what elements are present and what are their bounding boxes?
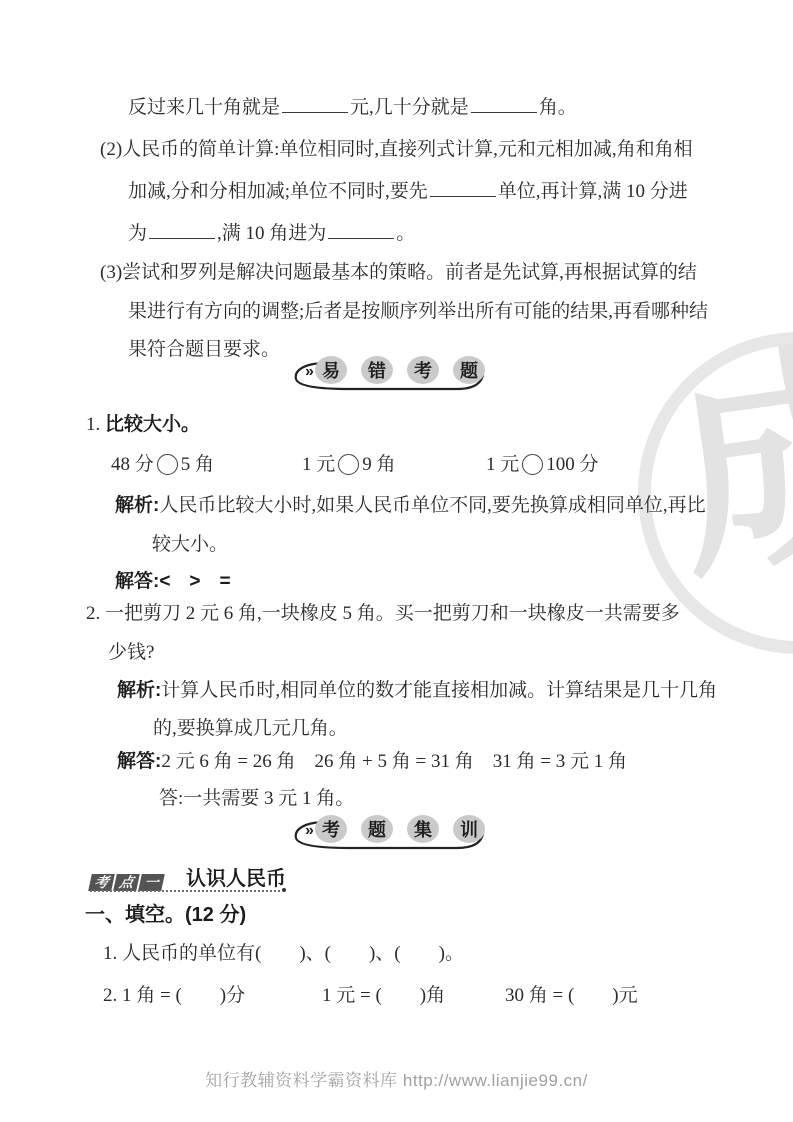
review-text: 为 xyxy=(128,223,147,244)
review-text: 反过来几十角就是 xyxy=(128,97,280,118)
review-text: 加减,分和分相加减;单位不同时,要先 xyxy=(128,181,428,202)
badge-char: 考 xyxy=(414,360,432,381)
badge-char: 训 xyxy=(460,819,478,840)
review-note-line: 加减,分和分相加减;单位不同时,要先单位,再计算,满 10 分进 xyxy=(128,179,688,205)
question-text: 一把剪刀 2 元 6 角,一块橡皮 5 角。买一把剪刀和一块橡皮一共需要多 xyxy=(105,603,680,624)
comparison-circle xyxy=(338,454,359,475)
fill-blank xyxy=(430,179,496,197)
analysis-line: 较大小。 xyxy=(152,532,228,558)
comparison-item: 1 元100 分 xyxy=(486,452,599,478)
review-text: ,满 10 角进为 xyxy=(217,223,326,244)
review-text: 人民币的简单计算:单位相同时,直接列式计算,元和元相加减,角和角相 xyxy=(122,139,693,160)
comparison-right: 100 分 xyxy=(546,454,598,475)
badge-char: 错 xyxy=(367,360,386,381)
answer-final: 答:一共需要 3 元 1 角。 xyxy=(159,788,354,809)
badge-char: 题 xyxy=(368,819,386,840)
review-text: 。 xyxy=(396,223,415,244)
review-text: 元,几十分就是 xyxy=(350,97,469,118)
question-text: 少钱? xyxy=(108,642,154,663)
question-2-row: 2. 一把剪刀 2 元 6 角,一块橡皮 5 角。买一把剪刀和一块橡皮一共需要多 xyxy=(86,601,680,627)
badge-char: 易 xyxy=(322,361,340,381)
item-marker: (3) xyxy=(100,262,122,283)
fill-question-row: 2. 1 角 = ( )分 xyxy=(103,983,245,1009)
dotted-underline xyxy=(90,889,280,892)
arrowheads-icon: » xyxy=(305,363,314,380)
review-text: 尝试和罗列是解决问题最基本的策略。前者是先试算,再根据试算的结 xyxy=(122,262,697,283)
question-1-title-row: 1. 比较大小。 xyxy=(86,412,200,438)
fill-question-item: 1 元 = ( )角 xyxy=(322,983,445,1009)
review-note-line: (3)尝试和罗列是解决问题最基本的策略。前者是先试算,再根据试算的结 xyxy=(100,260,697,286)
comparison-right: 5 角 xyxy=(181,454,214,475)
question-title: 比较大小。 xyxy=(105,414,200,435)
answer-line: 解答:2 元 6 角 = 26 角 26 角 + 5 角 = 31 角 31 角… xyxy=(117,749,627,775)
review-text: 果符合题目要求。 xyxy=(128,339,280,360)
comparison-left: 48 分 xyxy=(111,454,154,475)
comparison-circle xyxy=(522,454,543,475)
review-text: 果进行有方向的调整;后者是按顺序列举出所有可能的结果,再看哪种结 xyxy=(128,301,708,322)
review-note-line: 果符合题目要求。 xyxy=(128,337,280,363)
question-number: 1. xyxy=(86,414,100,435)
comparison-left: 1 元 xyxy=(302,454,335,475)
question-text: 1 角 = ( )分 xyxy=(122,985,245,1006)
comparison-item: 1 元9 角 xyxy=(302,452,396,478)
question-number: 2. xyxy=(86,603,100,624)
fill-blank xyxy=(149,221,215,239)
answer-line: 答:一共需要 3 元 1 角。 xyxy=(159,786,354,812)
underline-end-dot xyxy=(282,888,286,892)
fill-question-item: 30 角 = ( )元 xyxy=(505,983,638,1009)
comparison-right: 9 角 xyxy=(362,454,395,475)
error-prone-questions-badge: » 易 错 考 题 xyxy=(291,351,487,395)
answer-label: 解答: xyxy=(117,751,161,772)
comparison-circle xyxy=(157,454,178,475)
review-text: 单位,再计算,满 10 分进 xyxy=(498,181,688,202)
comparison-left: 1 元 xyxy=(486,454,519,475)
badge-char: 题 xyxy=(460,360,478,381)
review-note-line: 果进行有方向的调整;后者是按顺序列举出所有可能的结果,再看哪种结 xyxy=(128,299,708,325)
badge-char: 集 xyxy=(414,819,432,840)
review-text: 角。 xyxy=(539,97,577,118)
fill-blank xyxy=(328,221,394,239)
item-marker: (2) xyxy=(100,139,122,160)
badge-arrow-icon: » 易 错 考 题 xyxy=(291,351,487,395)
analysis-text: 的,要换算成几元几角。 xyxy=(153,718,348,739)
analysis-label: 解析: xyxy=(117,680,161,701)
fill-question-row: 1. 人民币的单位有( )、( )、( )。 xyxy=(103,941,464,967)
workbook-page: 成 反过来几十角就是元,几十分就是角。 (2)人民币的简单计算:单位相同时,直接… xyxy=(0,0,793,1122)
arrowheads-icon: » xyxy=(305,822,314,839)
analysis-line: 解析:人民币比较大小时,如果人民币单位不同,要先换算成相同单位,再比 xyxy=(115,493,706,519)
section-heading: 一、填空。(12 分) xyxy=(85,902,246,928)
question-text: 1 元 = ( )角 xyxy=(322,985,445,1006)
comparison-item: 48 分5 角 xyxy=(111,452,214,478)
answer-line: 解答:< > = xyxy=(115,569,231,595)
question-number: 1. xyxy=(103,943,117,964)
fill-blank xyxy=(471,95,537,113)
badge-char: 考 xyxy=(322,819,340,840)
review-note-line: 为,满 10 角进为。 xyxy=(128,221,415,247)
answer-label: 解答: xyxy=(115,571,159,592)
analysis-line: 解析:计算人民币时,相同单位的数才能直接相加减。计算结果是几十几角 xyxy=(117,678,717,704)
question-text: 人民币的单位有( )、( )、( )。 xyxy=(122,943,464,964)
analysis-text: 计算人民币时,相同单位的数才能直接相加减。计算结果是几十几角 xyxy=(161,680,717,701)
footer-watermark-text: 知行教辅资料学霸资料库 http://www.lianjie99.cn/ xyxy=(0,1066,793,1091)
exam-training-badge: » 考 题 集 训 xyxy=(291,810,487,854)
analysis-text: 较大小。 xyxy=(152,534,228,555)
question-2-row: 少钱? xyxy=(108,640,154,666)
review-note-line: 反过来几十角就是元,几十分就是角。 xyxy=(128,95,577,121)
analysis-line: 的,要换算成几元几角。 xyxy=(153,716,348,742)
fill-blank xyxy=(282,95,348,113)
analysis-text: 人民币比较大小时,如果人民币单位不同,要先换算成相同单位,再比 xyxy=(159,495,705,516)
question-text: 30 角 = ( )元 xyxy=(505,985,638,1006)
answer-text: < > = xyxy=(159,571,230,592)
answer-calculation: 2 元 6 角 = 26 角 26 角 + 5 角 = 31 角 31 角 = … xyxy=(161,751,627,772)
question-number: 2. xyxy=(103,985,117,1006)
badge-arrow-icon: » 考 题 集 训 xyxy=(291,810,487,854)
analysis-label: 解析: xyxy=(115,495,159,516)
review-note-line: (2)人民币的简单计算:单位相同时,直接列式计算,元和元相加减,角和角相 xyxy=(100,137,693,163)
